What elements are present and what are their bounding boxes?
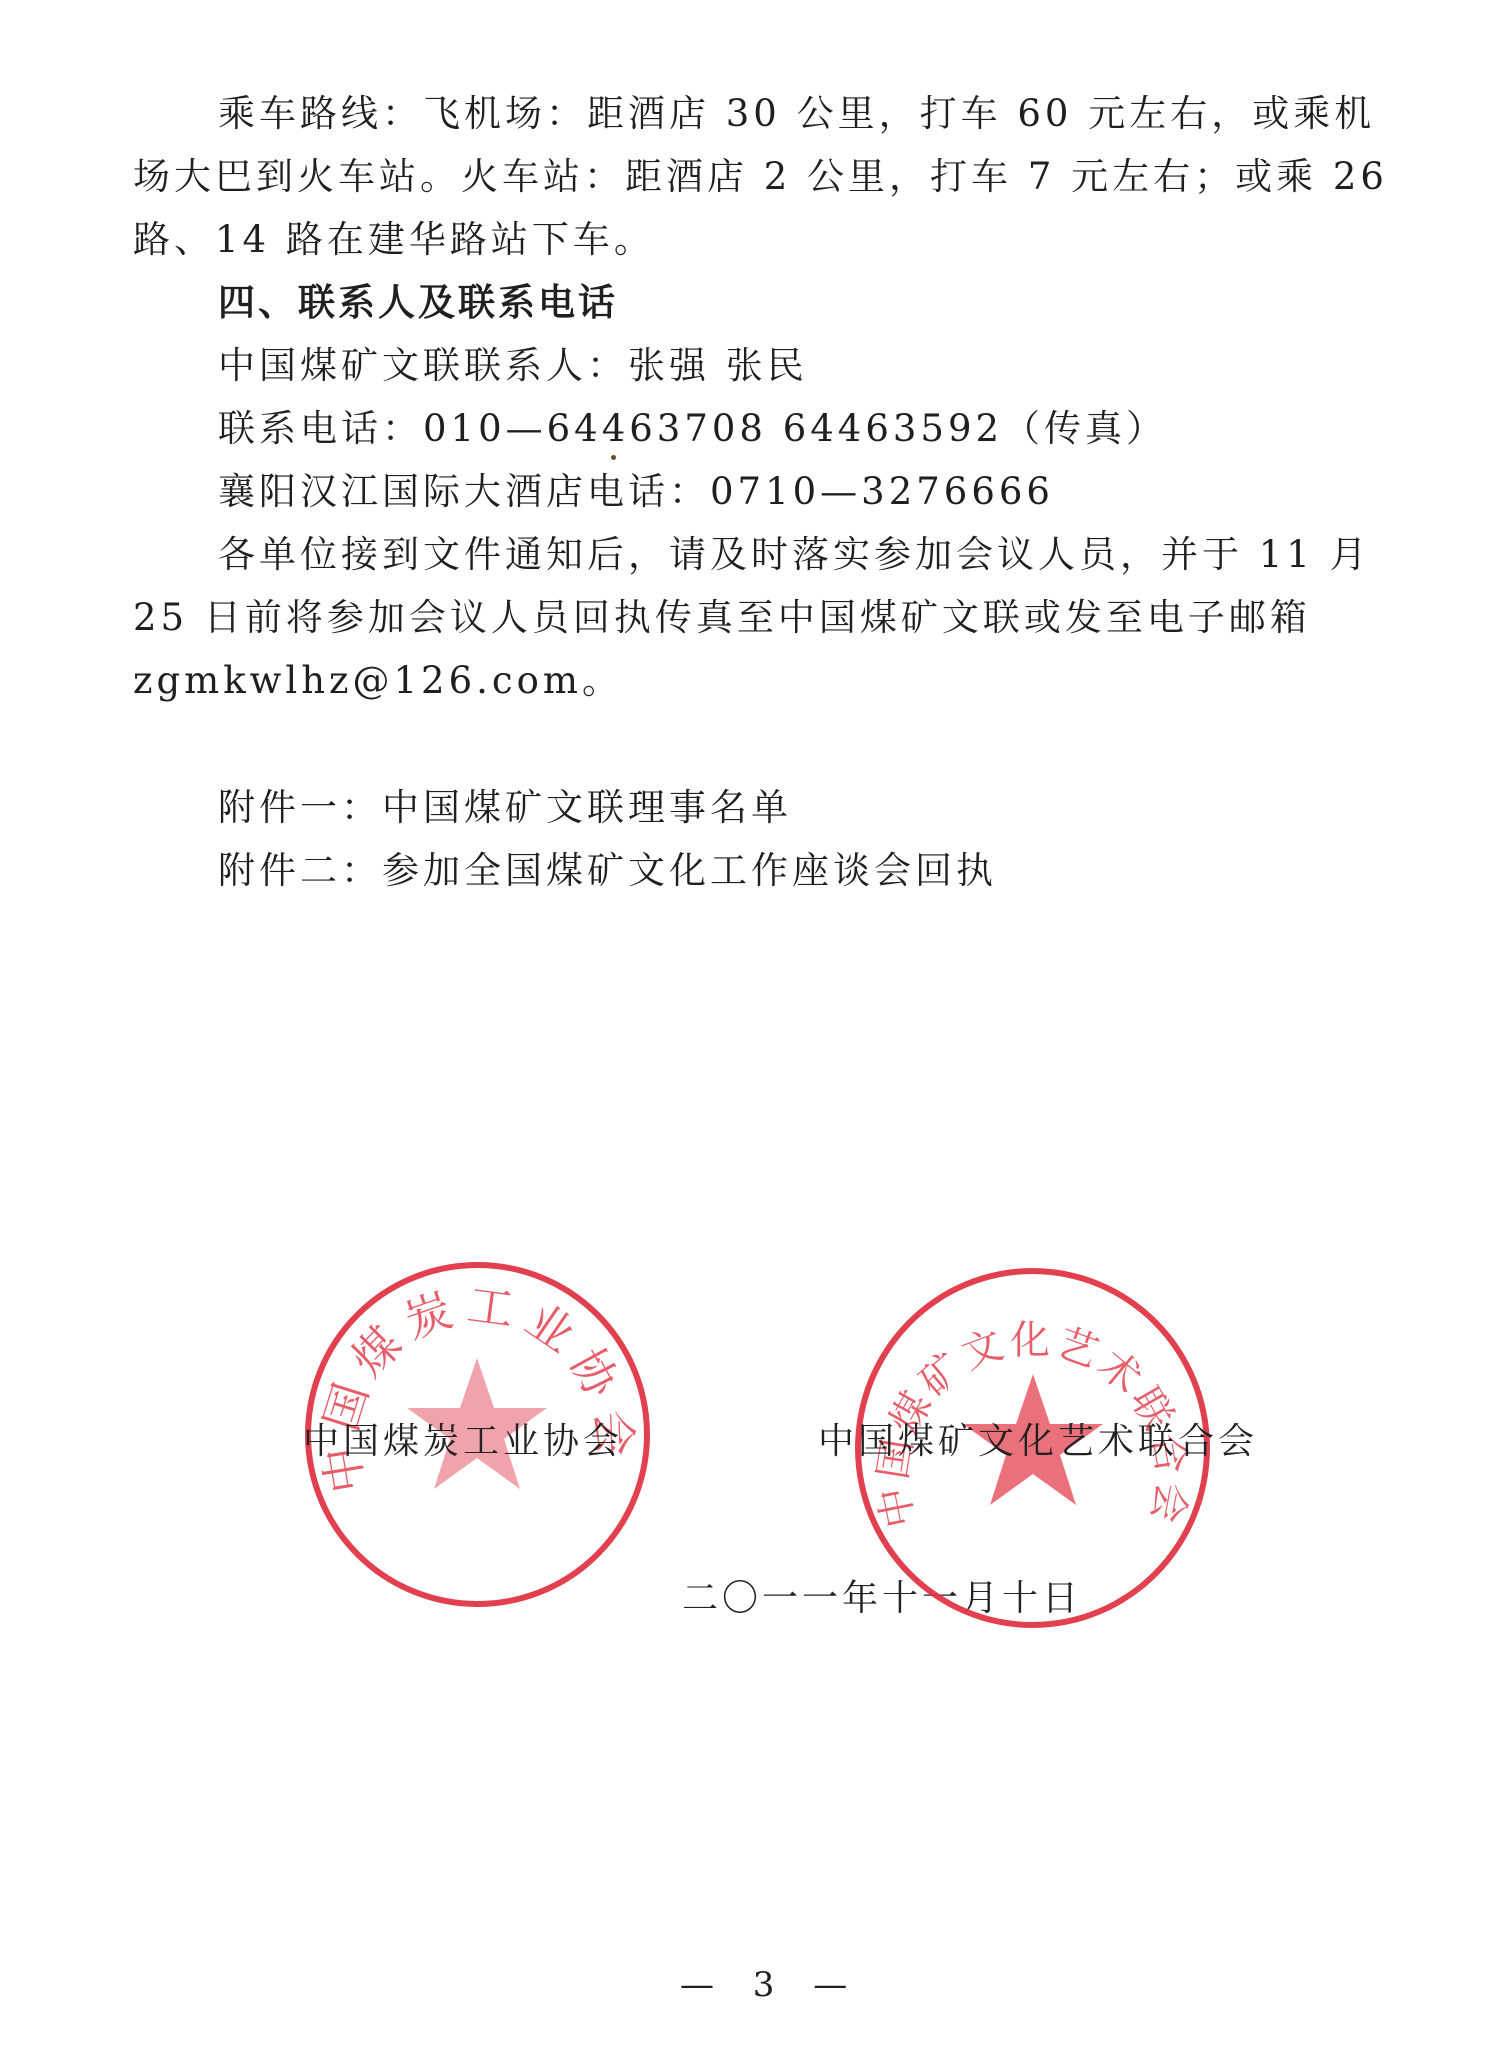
- notice-paragraph-line-1: 各单位接到文件通知后，请及时落实参加会议人员，并于 11 月: [218, 533, 1371, 577]
- notice-paragraph-line-2: 25 日前将参加会议人员回执传真至中国煤矿文联或发至电子邮箱: [133, 596, 1311, 640]
- route-paragraph-line-2: 场大巴到火车站。火车站：距酒店 2 公里，打车 7 元左右；或乘 26: [133, 155, 1388, 199]
- signature-coal-industry-association: 中国煤炭工业协会: [303, 1420, 623, 1464]
- scan-speck: [611, 455, 616, 460]
- hotel-phone: 襄阳汉江国际大酒店电话：0710—3276666: [218, 470, 1054, 514]
- contact-person: 中国煤矿文联联系人：张强 张民: [218, 344, 808, 388]
- route-paragraph-line-3: 路、14 路在建华路站下车。: [133, 218, 655, 262]
- route-paragraph-line-1: 乘车路线：飞机场：距酒店 30 公里，打车 60 元左右，或乘机: [218, 92, 1375, 136]
- attachment-1: 附件一：中国煤矿文联理事名单: [218, 786, 792, 830]
- page-number: — 3 —: [680, 1965, 861, 2005]
- section-heading-contacts: 四、联系人及联系电话: [218, 281, 618, 325]
- signature-coal-mine-culture-art-federation: 中国煤矿文化艺术联合会: [818, 1420, 1258, 1464]
- contact-phone: 联系电话：010—64463708 64463592（传真）: [218, 407, 1167, 451]
- notice-email: zgmkwlhz@126.com。: [133, 659, 623, 703]
- attachment-2: 附件二：参加全国煤矿文化工作座谈会回执: [218, 849, 997, 893]
